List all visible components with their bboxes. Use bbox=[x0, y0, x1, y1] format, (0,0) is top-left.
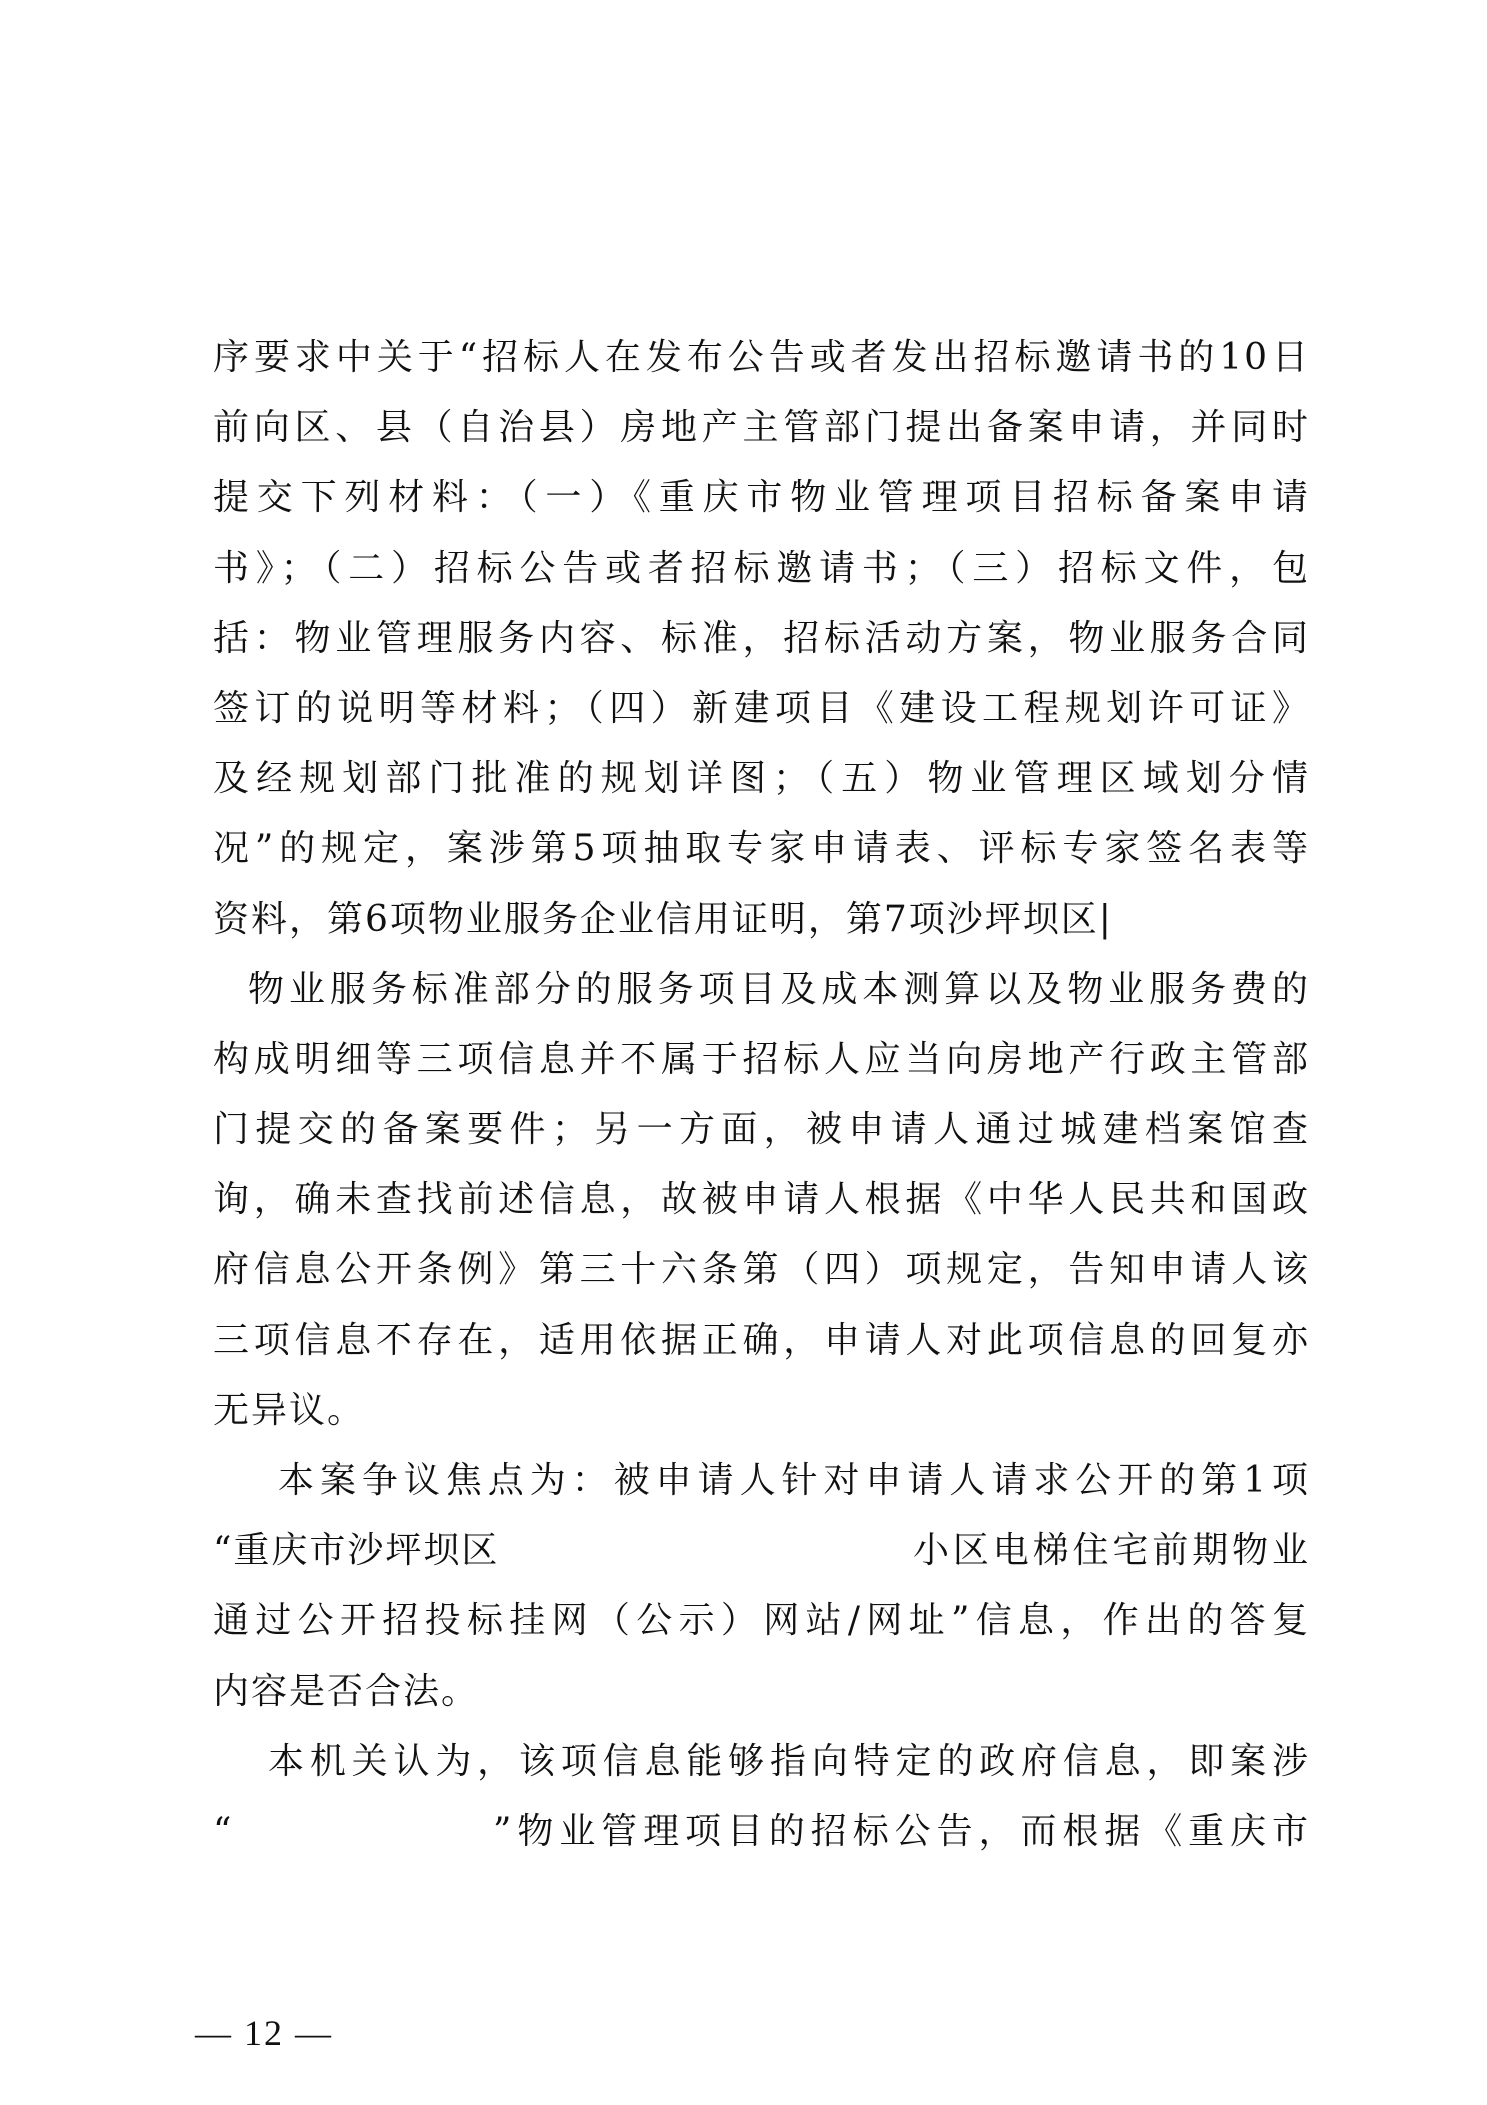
text-line: 前向区、县（自治县）房地产主管部门提出备案申请，并同时 bbox=[213, 406, 1310, 476]
body-text: 序要求中关于“招标人在发布公告或者发出招标邀请书的10日前向区、县（自治县）房地… bbox=[213, 336, 1310, 1880]
text-line-left-segment: “重庆市沙坪坝区 bbox=[213, 1529, 499, 1573]
text-line: 签订的说明等材料；（四）新建项目《建设工程规划许可证》 bbox=[213, 687, 1310, 757]
text-line: 资料，第6项物业服务企业信用证明，第7项沙坪坝区| bbox=[213, 898, 1310, 968]
text-line: 序要求中关于“招标人在发布公告或者发出招标邀请书的10日 bbox=[213, 336, 1310, 406]
text-line-right-segment: ”物业管理项目的招标公告，而根据《重庆市 bbox=[493, 1810, 1310, 1854]
text-line: 物业服务标准部分的服务项目及成本测算以及物业服务费的 bbox=[213, 968, 1310, 1038]
text-line: “重庆市沙坪坝区小区电梯住宅前期物业 bbox=[213, 1529, 1310, 1599]
text-line: 通过公开招投标挂网（公示）网站/网址”信息，作出的答复 bbox=[213, 1599, 1310, 1669]
text-line-left-segment: “ bbox=[213, 1810, 233, 1854]
text-line: 三项信息不存在，适用依据正确，申请人对此项信息的回复亦 bbox=[213, 1319, 1310, 1389]
text-line: 内容是否合法。 bbox=[213, 1670, 1310, 1740]
text-line: 况”的规定，案涉第5项抽取专家申请表、评标专家签名表等 bbox=[213, 827, 1310, 897]
text-line: 提交下列材料：（一）《重庆市物业管理项目招标备案申请 bbox=[213, 476, 1310, 546]
text-line: 询，确未查找前述信息，故被申请人根据《中华人民共和国政 bbox=[213, 1178, 1310, 1248]
text-line-right-segment: 小区电梯住宅前期物业 bbox=[913, 1529, 1310, 1573]
text-line: 本机关认为，该项信息能够指向特定的政府信息，即案涉 bbox=[213, 1740, 1310, 1810]
text-line: 书》；（二）招标公告或者招标邀请书；（三）招标文件，包 bbox=[213, 547, 1310, 617]
text-line: 府信息公开条例》第三十六条第（四）项规定，告知申请人该 bbox=[213, 1248, 1310, 1318]
page-number: — 12 — bbox=[195, 2012, 333, 2054]
text-line: “”物业管理项目的招标公告，而根据《重庆市 bbox=[213, 1810, 1310, 1880]
text-line: 构成明细等三项信息并不属于招标人应当向房地产行政主管部 bbox=[213, 1038, 1310, 1108]
text-line: 本案争议焦点为：被申请人针对申请人请求公开的第1项 bbox=[213, 1459, 1310, 1529]
text-line: 括：物业管理服务内容、标准，招标活动方案，物业服务合同 bbox=[213, 617, 1310, 687]
text-line: 无异议。 bbox=[213, 1389, 1310, 1459]
text-line: 及经规划部门批准的规划详图；（五）物业管理区域划分情 bbox=[213, 757, 1310, 827]
text-line: 门提交的备案要件；另一方面，被申请人通过城建档案馆查 bbox=[213, 1108, 1310, 1178]
document-page: 序要求中关于“招标人在发布公告或者发出招标邀请书的10日前向区、县（自治县）房地… bbox=[0, 0, 1487, 2105]
